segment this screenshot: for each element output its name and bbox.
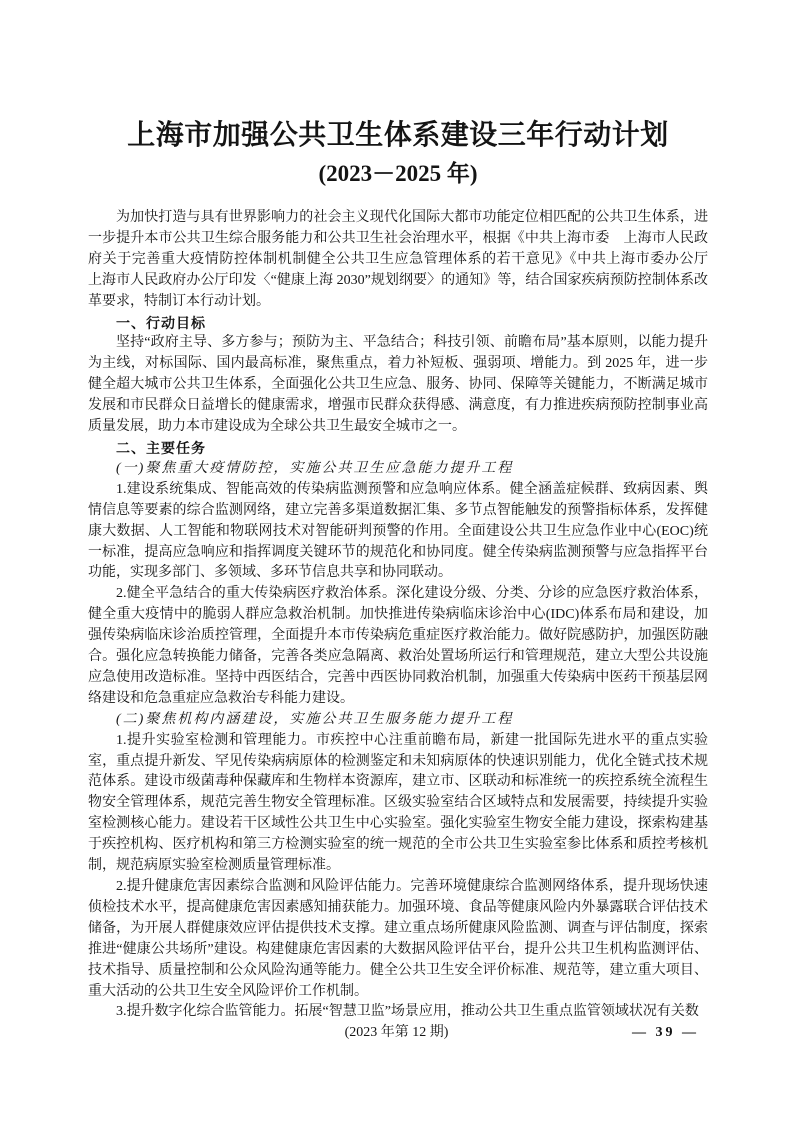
document-page: 上海市加强公共卫生体系建设三年行动计划 (2023－2025 年) 为加快打造与…: [0, 0, 793, 1122]
paragraph-task-2-3-partial: 3.提升数字化综合监管能力。拓展“智慧卫监”场景应用，推动公共卫生重点监管领域状…: [88, 1002, 708, 1023]
footer-page-number: — 39 —: [632, 1024, 699, 1042]
paragraph-intro: 为加快打造与具有世界影响力的社会主义现代化国际大都市功能定位相匹配的公共卫生体系…: [88, 208, 708, 313]
section-heading-main-tasks: 二、主要任务: [88, 438, 708, 459]
paragraph-task-1-2: 2.健全平急结合的重大传染病医疗救治体系。深化建设分级、分类、分诊的应急医疗救治…: [88, 584, 708, 709]
paragraph-task-2-1: 1.提升实验室检测和管理能力。市疾控中心注重前瞻布局，新建一批国际先进水平的重点…: [88, 731, 708, 877]
doc-title: 上海市加强公共卫生体系建设三年行动计划: [88, 118, 708, 154]
document-body: 为加快打造与具有世界影响力的社会主义现代化国际大都市功能定位相匹配的公共卫生体系…: [88, 208, 708, 1023]
subsection-heading-institution-building: (二)聚焦机构内涵建设，实施公共卫生服务能力提升工程: [88, 710, 708, 731]
paragraph-action-goals: 坚持“政府主导、多方参与；预防为主、平急结合；科技引领、前瞻布局”基本原则，以能…: [88, 333, 708, 438]
section-heading-action-goals: 一、行动目标: [88, 313, 708, 334]
doc-subtitle: (2023－2025 年): [88, 160, 708, 188]
subsection-heading-epidemic-control: (一)聚焦重大疫情防控，实施公共卫生应急能力提升工程: [88, 459, 708, 480]
paragraph-task-1-1: 1.建设系统集成、智能高效的传染病监测预警和应急响应体系。健全涵盖症候群、致病因…: [88, 480, 708, 585]
document-content: 上海市加强公共卫生体系建设三年行动计划 (2023－2025 年) 为加快打造与…: [88, 118, 708, 1023]
paragraph-task-2-2: 2.提升健康危害因素综合监测和风险评估能力。完善环境健康综合监测网络体系，提升现…: [88, 877, 708, 1002]
